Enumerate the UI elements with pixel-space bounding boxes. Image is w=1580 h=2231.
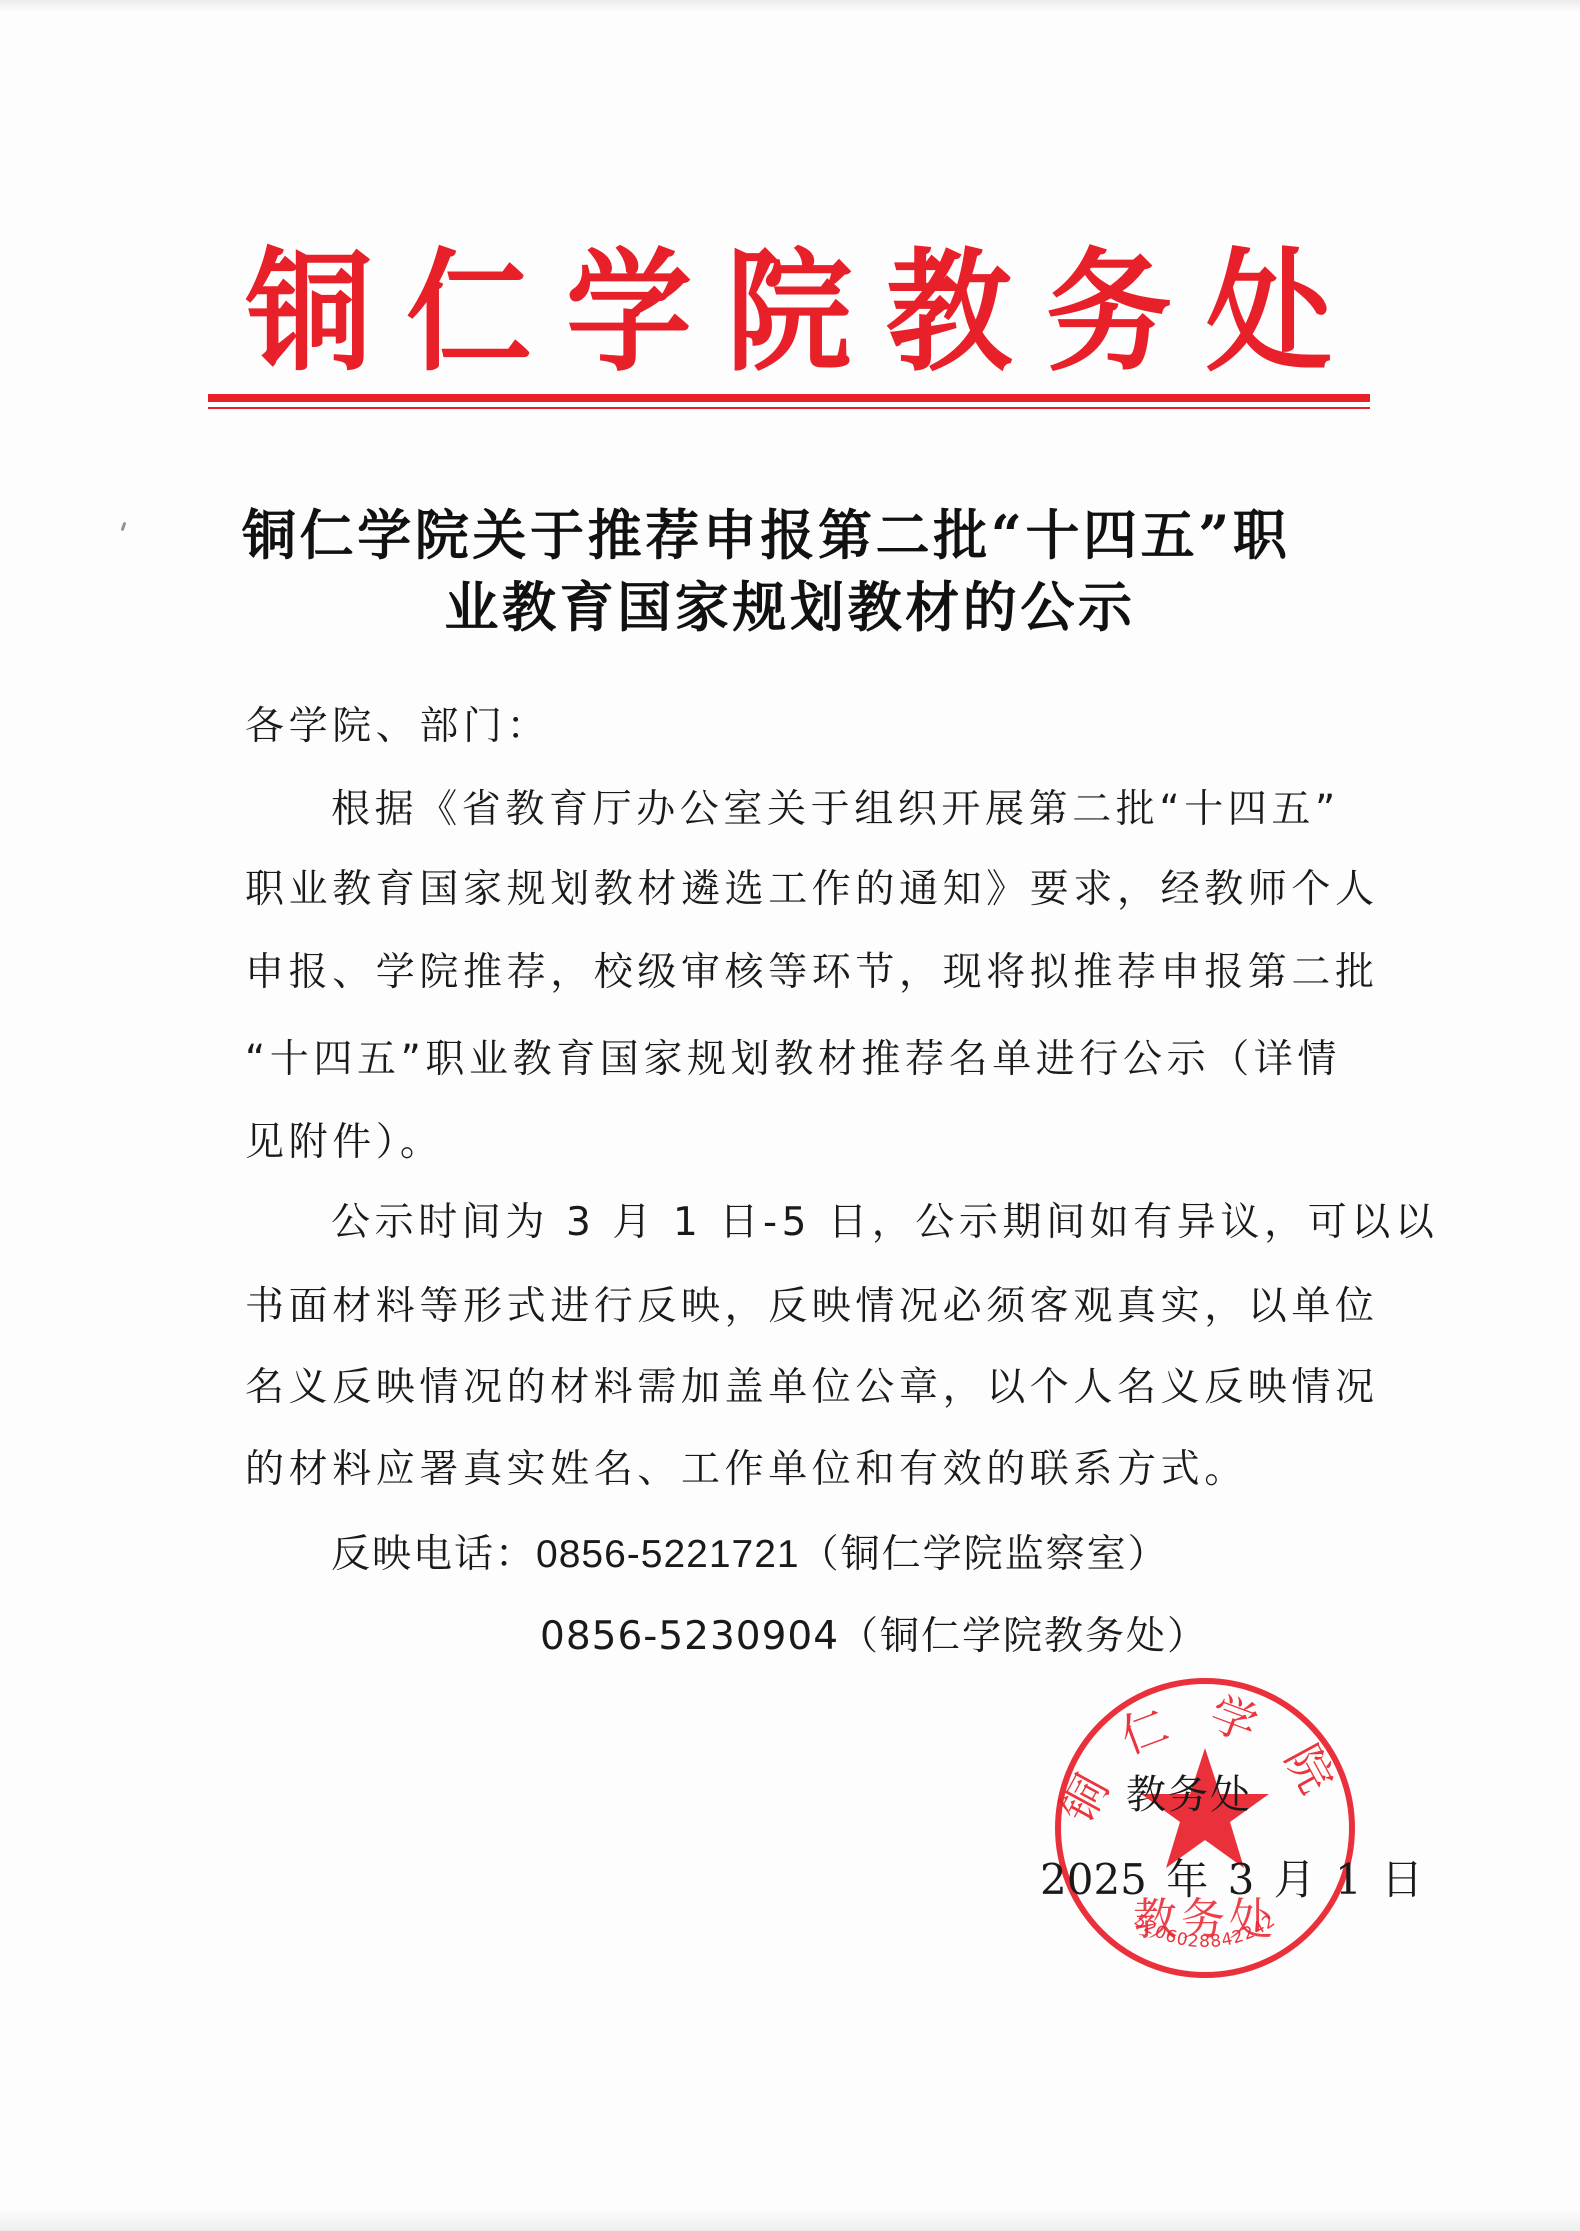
paragraph-2-line: 公示时间为 3 月 1 日-5 日，公示期间如有异议，可以以 [331,1198,1431,1248]
letterhead-title: 铜仁学院教务处 [246,246,1366,378]
salutation: 各学院、部门： [245,702,1345,752]
letterhead-rule-thick [208,394,1370,402]
phone-org-1: （铜仁学院监察室） [800,1532,1169,1577]
scan-speck [121,522,127,531]
signature-department: 教务处 [1126,1772,1252,1818]
paragraph-1-line: 申报、学院推荐，校级审核等环节，现将拟推荐申报第二批 [245,948,1345,998]
letterhead-rule-thin [208,407,1370,409]
official-seal: 铜仁学院 教务处 5206028842242 [1053,1676,1357,1980]
paragraph-1-line: 见附件）。 [245,1118,1345,1168]
paragraph-1-line: 根据《省教育厅办公室关于组织开展第二批“十四五” [331,785,1431,835]
paragraph-2-line: 的材料应署真实姓名、工作单位和有效的联系方式。 [245,1445,1345,1495]
contact-line-1: 反映电话：0856-5221721（铜仁学院监察室） [331,1530,1431,1580]
phone-org-2: （铜仁学院教务处） [839,1614,1208,1659]
paragraph-1-line: 职业教育国家规划教材遴选工作的通知》要求，经教师个人 [245,865,1345,915]
paragraph-2-line: 名义反映情况的材料需加盖单位公章，以个人名义反映情况 [245,1363,1345,1413]
scan-edge-bottom [0,2209,1580,2231]
paragraph-2-line: 书面材料等形式进行反映，反映情况必须客观真实，以单位 [245,1282,1345,1332]
signature-date: 2025 年 3 月 1 日 [1040,1855,1423,1905]
contact-label: 反映电话： [331,1532,536,1577]
document-title-line-2: 业教育国家规划教材的公示 [230,571,1350,643]
letterhead: 铜仁学院教务处 [208,232,1370,392]
paragraph-1-line: “十四五”职业教育国家规划教材推荐名单进行公示（详情 [245,1035,1345,1085]
document-title-line-1: 铜仁学院关于推荐申报第二批“十四五”职 [242,499,1362,571]
contact-line-2: 0856-5230904（铜仁学院教务处） [540,1612,1580,1662]
scan-edge-top [0,0,1580,12]
phone-number-1: 0856-5221721 [536,1533,800,1576]
phone-number-2: 0856-5230904 [540,1614,839,1659]
